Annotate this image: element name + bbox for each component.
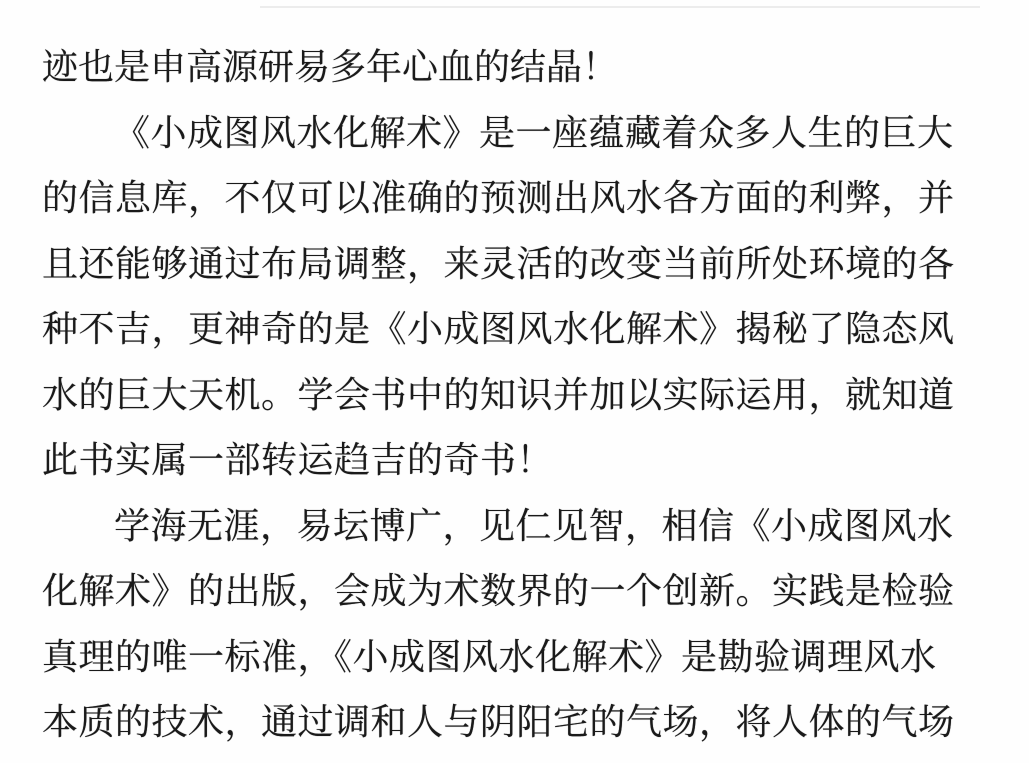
text-line-7: 此书实属一部转运趋吉的奇书！ xyxy=(42,431,982,497)
text-line-1: 迹也是申高源研易多年心血的结晶！ xyxy=(42,38,982,104)
body-text: 迹也是申高源研易多年心血的结晶！ 《小成图风水化解术》是一座蕴藏着众多人生的巨大… xyxy=(42,38,982,759)
scanned-book-page: 迹也是申高源研易多年心血的结晶！ 《小成图风水化解术》是一座蕴藏着众多人生的巨大… xyxy=(0,0,1029,763)
text-line-2: 《小成图风水化解术》是一座蕴藏着众多人生的巨大 xyxy=(42,104,982,170)
text-line-3: 的信息库，不仅可以准确的预测出风水各方面的利弊，并 xyxy=(42,169,982,235)
text-line-8: 学海无涯，易坛博广，见仁见智，相信《小成图风水 xyxy=(42,497,982,563)
text-line-4: 且还能够通过布局调整，来灵活的改变当前所处环境的各 xyxy=(42,235,982,301)
page-top-rule xyxy=(260,6,980,8)
text-line-6: 水的巨大天机。学会书中的知识并加以实际运用，就知道 xyxy=(42,366,982,432)
text-line-10: 真理的唯一标准，《小成图风水化解术》是勘验调理风水 xyxy=(42,628,982,694)
text-line-5: 种不吉，更神奇的是《小成图风水化解术》揭秘了隐态风 xyxy=(42,300,982,366)
text-line-11: 本质的技术，通过调和人与阴阳宅的气场，将人体的气场 xyxy=(42,693,982,759)
text-line-9: 化解术》的出版，会成为术数界的一个创新。实践是检验 xyxy=(42,562,982,628)
